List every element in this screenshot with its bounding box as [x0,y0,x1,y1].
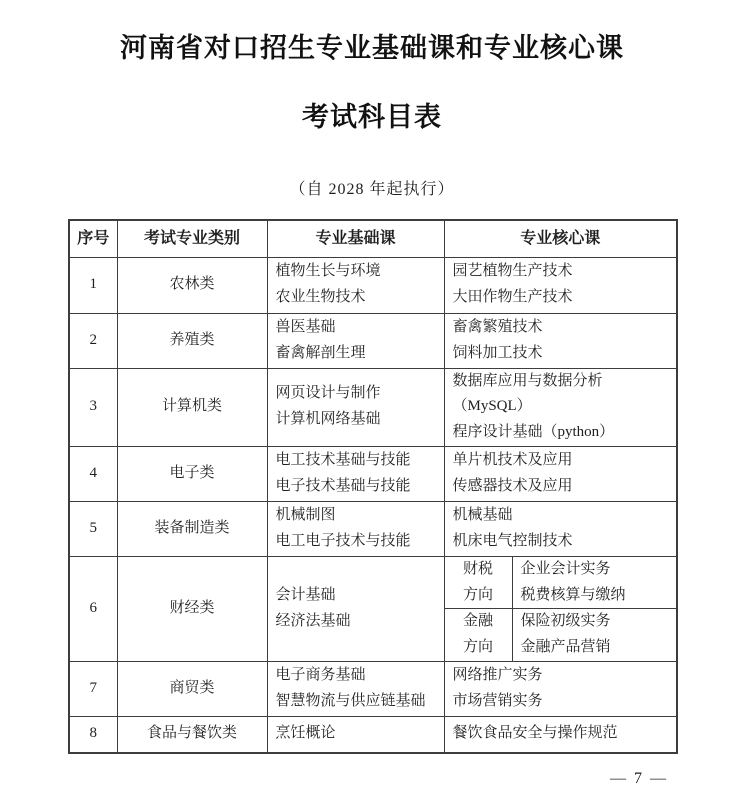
serial-cell: 8 [69,717,117,753]
table-row: 2 养殖类 兽医基础 畜禽解剖生理 畜禽繁殖技术 饲料加工技术 [69,313,677,368]
category-cell: 电子类 [117,446,267,501]
core-course-cell: 机械基础 机床电气控制技术 [444,501,677,556]
basic-course-cell: 会计基础 经济法基础 [267,556,444,661]
direction-label-cell: 财税 方向 [444,556,512,609]
category-cell: 农林类 [117,257,267,313]
core-course-cell: 园艺植物生产技术 大田作物生产技术 [444,257,677,313]
basic-course-cell: 烹饪概论 [267,717,444,753]
page-title-line1: 河南省对口招生专业基础课和专业核心课 [68,26,676,65]
core-course-cell: 企业会计实务 税费核算与缴纳 [512,556,677,609]
header-basic-course: 专业基础课 [267,220,444,257]
table-row: 1 农林类 植物生长与环境 农业生物技术 园艺植物生产技术 大田作物生产技术 [69,257,677,313]
core-course-cell: 网络推广实务 市场营销实务 [444,662,677,717]
table-row: 4 电子类 电工技术基础与技能 电子技术基础与技能 单片机技术及应用 传感器技术… [69,446,677,501]
page-number: — 7 — [68,770,676,788]
category-cell: 计算机类 [117,368,267,446]
exam-subjects-table: 序号 考试专业类别 专业基础课 专业核心课 1 农林类 植物生长与环境 农业生物… [68,219,678,754]
core-course-cell: 保险初级实务 金融产品营销 [512,609,677,662]
category-cell: 财经类 [117,556,267,661]
serial-cell: 3 [69,368,117,446]
header-category: 考试专业类别 [117,220,267,257]
serial-cell: 7 [69,662,117,717]
header-core-course: 专业核心课 [444,220,677,257]
header-row: 序号 考试专业类别 专业基础课 专业核心课 [69,220,677,257]
serial-cell: 5 [69,501,117,556]
core-course-cell: 数据库应用与数据分析 （MySQL） 程序设计基础（python） [444,368,677,446]
category-cell: 装备制造类 [117,501,267,556]
header-serial: 序号 [69,220,117,257]
core-course-cell: 畜禽繁殖技术 饲料加工技术 [444,313,677,368]
serial-cell: 6 [69,556,117,661]
table-row: 3 计算机类 网页设计与制作 计算机网络基础 数据库应用与数据分析 （MySQL… [69,368,677,446]
basic-course-cell: 兽医基础 畜禽解剖生理 [267,313,444,368]
basic-course-cell: 机械制图 电工电子技术与技能 [267,501,444,556]
table-row: 5 装备制造类 机械制图 电工电子技术与技能 机械基础 机床电气控制技术 [69,501,677,556]
serial-cell: 4 [69,446,117,501]
serial-cell: 1 [69,257,117,313]
direction-label-cell: 金融 方向 [444,609,512,662]
basic-course-cell: 植物生长与环境 农业生物技术 [267,257,444,313]
page-title-line2: 考试科目表 [68,95,676,134]
basic-course-cell: 网页设计与制作 计算机网络基础 [267,368,444,446]
core-course-cell: 单片机技术及应用 传感器技术及应用 [444,446,677,501]
core-course-cell: 餐饮食品安全与操作规范 [444,717,677,753]
category-cell: 食品与餐饮类 [117,717,267,753]
table-row: 8 食品与餐饮类 烹饪概论 餐饮食品安全与操作规范 [69,717,677,753]
basic-course-cell: 电工技术基础与技能 电子技术基础与技能 [267,446,444,501]
document-content: 河南省对口招生专业基础课和专业核心课 考试科目表 （自 2028 年起执行） 序… [68,26,676,754]
serial-cell: 2 [69,313,117,368]
table-row: 6 财经类 会计基础 经济法基础 财税 方向 企业会计实务 税费核算与缴纳 [69,556,677,609]
category-cell: 养殖类 [117,313,267,368]
table-row: 7 商贸类 电子商务基础 智慧物流与供应链基础 网络推广实务 市场营销实务 [69,662,677,717]
document-page: 河南省对口招生专业基础课和专业核心课 考试科目表 （自 2028 年起执行） 序… [0,0,729,795]
basic-course-cell: 电子商务基础 智慧物流与供应链基础 [267,662,444,717]
category-cell: 商贸类 [117,662,267,717]
effective-date-subtitle: （自 2028 年起执行） [68,176,676,199]
